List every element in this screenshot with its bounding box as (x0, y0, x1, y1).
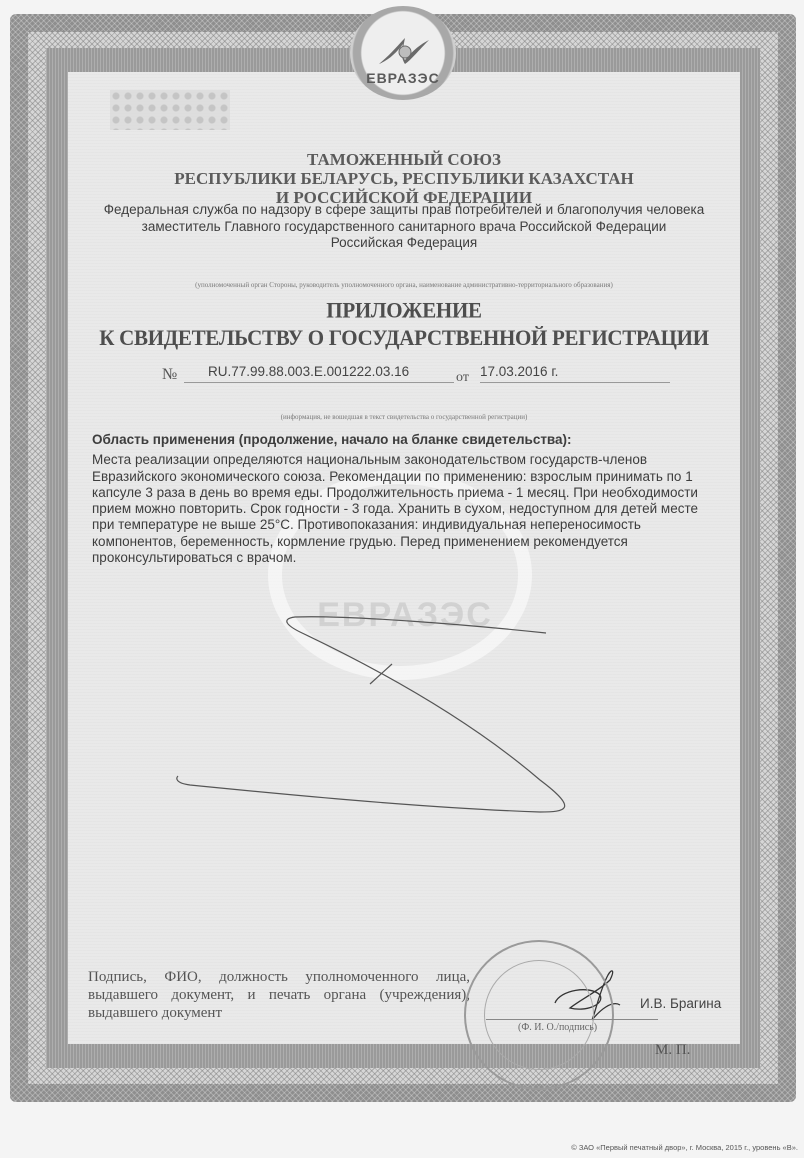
seal-placeholder-label: М. П. (655, 1042, 690, 1059)
signature-caption: Подпись, ФИО, должность уполномоченного … (88, 968, 470, 1022)
official-seal-icon (464, 940, 614, 1090)
fio-caption: (Ф. И. О./подпись) (518, 1022, 597, 1033)
signer-name: И.В. Брагина (640, 996, 721, 1011)
printer-note: © ЗАО «Первый печатный двор», г. Москва,… (571, 1143, 798, 1152)
signature-underline (486, 1019, 658, 1020)
